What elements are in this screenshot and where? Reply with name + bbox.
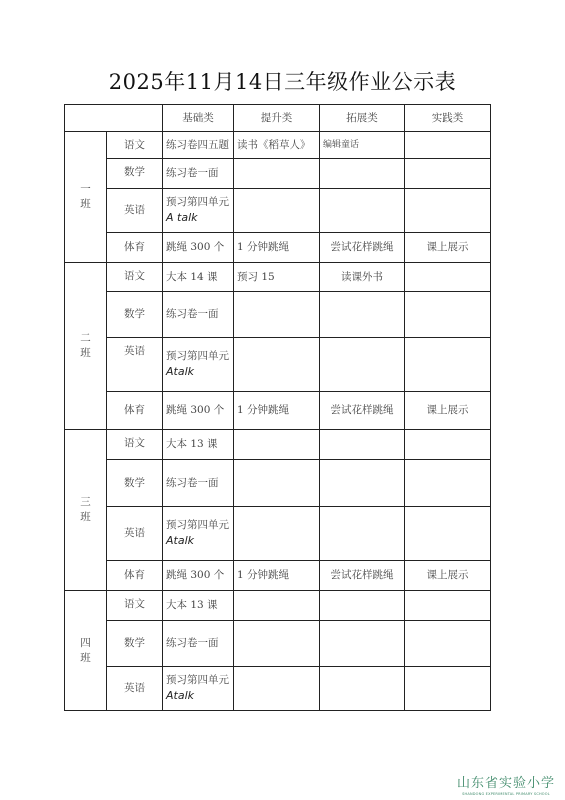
subject-cell: 语文 bbox=[107, 591, 163, 621]
improve-cell bbox=[234, 507, 320, 561]
table-row: 英语 预习第四单元 Atalk bbox=[65, 507, 491, 561]
subject-cell: 数学 bbox=[107, 621, 163, 667]
extend-cell bbox=[320, 621, 405, 667]
subject-cell: 语文 bbox=[107, 430, 163, 460]
header-blank bbox=[65, 105, 163, 132]
basic-cell: 练习卷一面 bbox=[163, 159, 234, 189]
class-label-2: 二 班 bbox=[65, 263, 107, 430]
practice-cell bbox=[405, 189, 491, 233]
table-row: 数学 练习卷一面 bbox=[65, 621, 491, 667]
page-title: 2025年11月14日三年级作业公示表 bbox=[0, 66, 565, 96]
improve-cell: 1 分钟跳绳 bbox=[234, 392, 320, 430]
subject-cell: 体育 bbox=[107, 561, 163, 591]
basic-line: 预习第四单元 bbox=[166, 350, 229, 362]
basic-line: 预习第四单元 bbox=[166, 196, 229, 208]
improve-cell bbox=[234, 159, 320, 189]
class-label-3: 三 班 bbox=[65, 430, 107, 591]
header-practice: 实践类 bbox=[405, 105, 491, 132]
extend-cell bbox=[320, 292, 405, 338]
improve-cell: 1 分钟跳绳 bbox=[234, 233, 320, 263]
header-improve: 提升类 bbox=[234, 105, 320, 132]
practice-cell bbox=[405, 338, 491, 392]
improve-cell bbox=[234, 460, 320, 507]
improve-cell bbox=[234, 667, 320, 711]
extend-cell: 编辑童话 bbox=[320, 132, 405, 159]
basic-line: Atalk bbox=[166, 365, 194, 378]
basic-line: 预习第四单元 bbox=[166, 674, 229, 686]
class-label-1: 一 班 bbox=[65, 132, 107, 263]
practice-cell bbox=[405, 263, 491, 292]
basic-cell: 练习卷一面 bbox=[163, 621, 234, 667]
table-row: 一 班 语文 练习卷四五题 读书《稻草人》 编辑童话 bbox=[65, 132, 491, 159]
extend-cell bbox=[320, 338, 405, 392]
class-label-4: 四 班 bbox=[65, 591, 107, 711]
practice-cell: 课上展示 bbox=[405, 561, 491, 591]
practice-cell bbox=[405, 667, 491, 711]
extend-cell: 尝试花样跳绳 bbox=[320, 561, 405, 591]
basic-cell: 练习卷四五题 bbox=[163, 132, 234, 159]
basic-line: Atalk bbox=[166, 689, 194, 702]
subject-cell: 英语 bbox=[107, 507, 163, 561]
improve-cell bbox=[234, 591, 320, 621]
improve-cell: 预习 15 bbox=[234, 263, 320, 292]
header-row: 基础类 提升类 拓展类 实践类 bbox=[65, 105, 491, 132]
class-label-line: 四 bbox=[80, 637, 91, 649]
extend-cell bbox=[320, 591, 405, 621]
basic-cell: 跳绳 300 个 bbox=[163, 561, 234, 591]
practice-cell: 课上展示 bbox=[405, 392, 491, 430]
subject-cell: 英语 bbox=[107, 189, 163, 233]
subject-cell: 英语 bbox=[107, 338, 163, 392]
class-label-line: 一 bbox=[80, 183, 91, 195]
table-row: 数学 练习卷一面 bbox=[65, 159, 491, 189]
table-row: 体育 跳绳 300 个 1 分钟跳绳 尝试花样跳绳 课上展示 bbox=[65, 392, 491, 430]
subject-cell: 体育 bbox=[107, 233, 163, 263]
class-label-line: 三 bbox=[80, 496, 91, 508]
subject-cell: 数学 bbox=[107, 292, 163, 338]
basic-cell: 预习第四单元 Atalk bbox=[163, 667, 234, 711]
subject-cell: 语文 bbox=[107, 263, 163, 292]
practice-cell bbox=[405, 430, 491, 460]
practice-cell bbox=[405, 159, 491, 189]
table-row: 二 班 语文 大本 14 课 预习 15 读课外书 bbox=[65, 263, 491, 292]
school-name-cn: 山东省实验小学 bbox=[457, 772, 555, 791]
improve-cell bbox=[234, 430, 320, 460]
class-label-line: 班 bbox=[80, 198, 91, 210]
basic-cell: 预习第四单元 A talk bbox=[163, 189, 234, 233]
table-row: 英语 预习第四单元 Atalk bbox=[65, 667, 491, 711]
basic-cell: 预习第四单元 Atalk bbox=[163, 338, 234, 392]
extend-cell bbox=[320, 667, 405, 711]
practice-cell bbox=[405, 591, 491, 621]
school-logo: 山东省实验小学 SHANDONG EXPERIMENTAL PRIMARY SC… bbox=[457, 772, 555, 796]
improve-cell bbox=[234, 621, 320, 667]
practice-cell bbox=[405, 507, 491, 561]
extend-cell bbox=[320, 430, 405, 460]
subject-cell: 数学 bbox=[107, 460, 163, 507]
header-extend: 拓展类 bbox=[320, 105, 405, 132]
class-label-line: 班 bbox=[80, 347, 91, 359]
basic-line: 预习第四单元 bbox=[166, 519, 229, 531]
basic-line: A talk bbox=[166, 211, 198, 224]
class-label-line: 二 bbox=[80, 332, 91, 344]
table-row: 数学 练习卷一面 bbox=[65, 460, 491, 507]
homework-table: 基础类 提升类 拓展类 实践类 一 班 语文 练习卷四五题 读书《稻草人》 编辑… bbox=[64, 104, 491, 711]
improve-cell: 读书《稻草人》 bbox=[234, 132, 320, 159]
basic-cell: 大本 14 课 bbox=[163, 263, 234, 292]
extend-cell: 尝试花样跳绳 bbox=[320, 233, 405, 263]
basic-cell: 大本 13 课 bbox=[163, 591, 234, 621]
improve-cell bbox=[234, 189, 320, 233]
subject-cell: 体育 bbox=[107, 392, 163, 430]
improve-cell: 1 分钟跳绳 bbox=[234, 561, 320, 591]
subject-cell: 数学 bbox=[107, 159, 163, 189]
practice-cell: 课上展示 bbox=[405, 233, 491, 263]
basic-cell: 练习卷一面 bbox=[163, 460, 234, 507]
table-row: 四 班 语文 大本 13 课 bbox=[65, 591, 491, 621]
extend-cell: 读课外书 bbox=[320, 263, 405, 292]
basic-cell: 大本 13 课 bbox=[163, 430, 234, 460]
basic-cell: 跳绳 300 个 bbox=[163, 392, 234, 430]
extend-cell bbox=[320, 507, 405, 561]
table-row: 体育 跳绳 300 个 1 分钟跳绳 尝试花样跳绳 课上展示 bbox=[65, 561, 491, 591]
extend-cell bbox=[320, 189, 405, 233]
basic-cell: 练习卷一面 bbox=[163, 292, 234, 338]
practice-cell bbox=[405, 292, 491, 338]
improve-cell bbox=[234, 338, 320, 392]
extend-cell bbox=[320, 159, 405, 189]
extend-cell: 尝试花样跳绳 bbox=[320, 392, 405, 430]
table-row: 数学 练习卷一面 bbox=[65, 292, 491, 338]
practice-cell bbox=[405, 621, 491, 667]
header-basic: 基础类 bbox=[163, 105, 234, 132]
basic-line: Atalk bbox=[166, 534, 194, 547]
extend-cell bbox=[320, 460, 405, 507]
practice-cell bbox=[405, 132, 491, 159]
subject-cell: 语文 bbox=[107, 132, 163, 159]
basic-cell: 预习第四单元 Atalk bbox=[163, 507, 234, 561]
table-row: 英语 预习第四单元 A talk bbox=[65, 189, 491, 233]
class-label-line: 班 bbox=[80, 511, 91, 523]
table-row: 体育 跳绳 300 个 1 分钟跳绳 尝试花样跳绳 课上展示 bbox=[65, 233, 491, 263]
school-name-en: SHANDONG EXPERIMENTAL PRIMARY SCHOOL bbox=[457, 792, 555, 796]
basic-cell: 跳绳 300 个 bbox=[163, 233, 234, 263]
subject-cell: 英语 bbox=[107, 667, 163, 711]
table-row: 三 班 语文 大本 13 课 bbox=[65, 430, 491, 460]
improve-cell bbox=[234, 292, 320, 338]
table-row: 英语 预习第四单元 Atalk bbox=[65, 338, 491, 392]
practice-cell bbox=[405, 460, 491, 507]
class-label-line: 班 bbox=[80, 652, 91, 664]
